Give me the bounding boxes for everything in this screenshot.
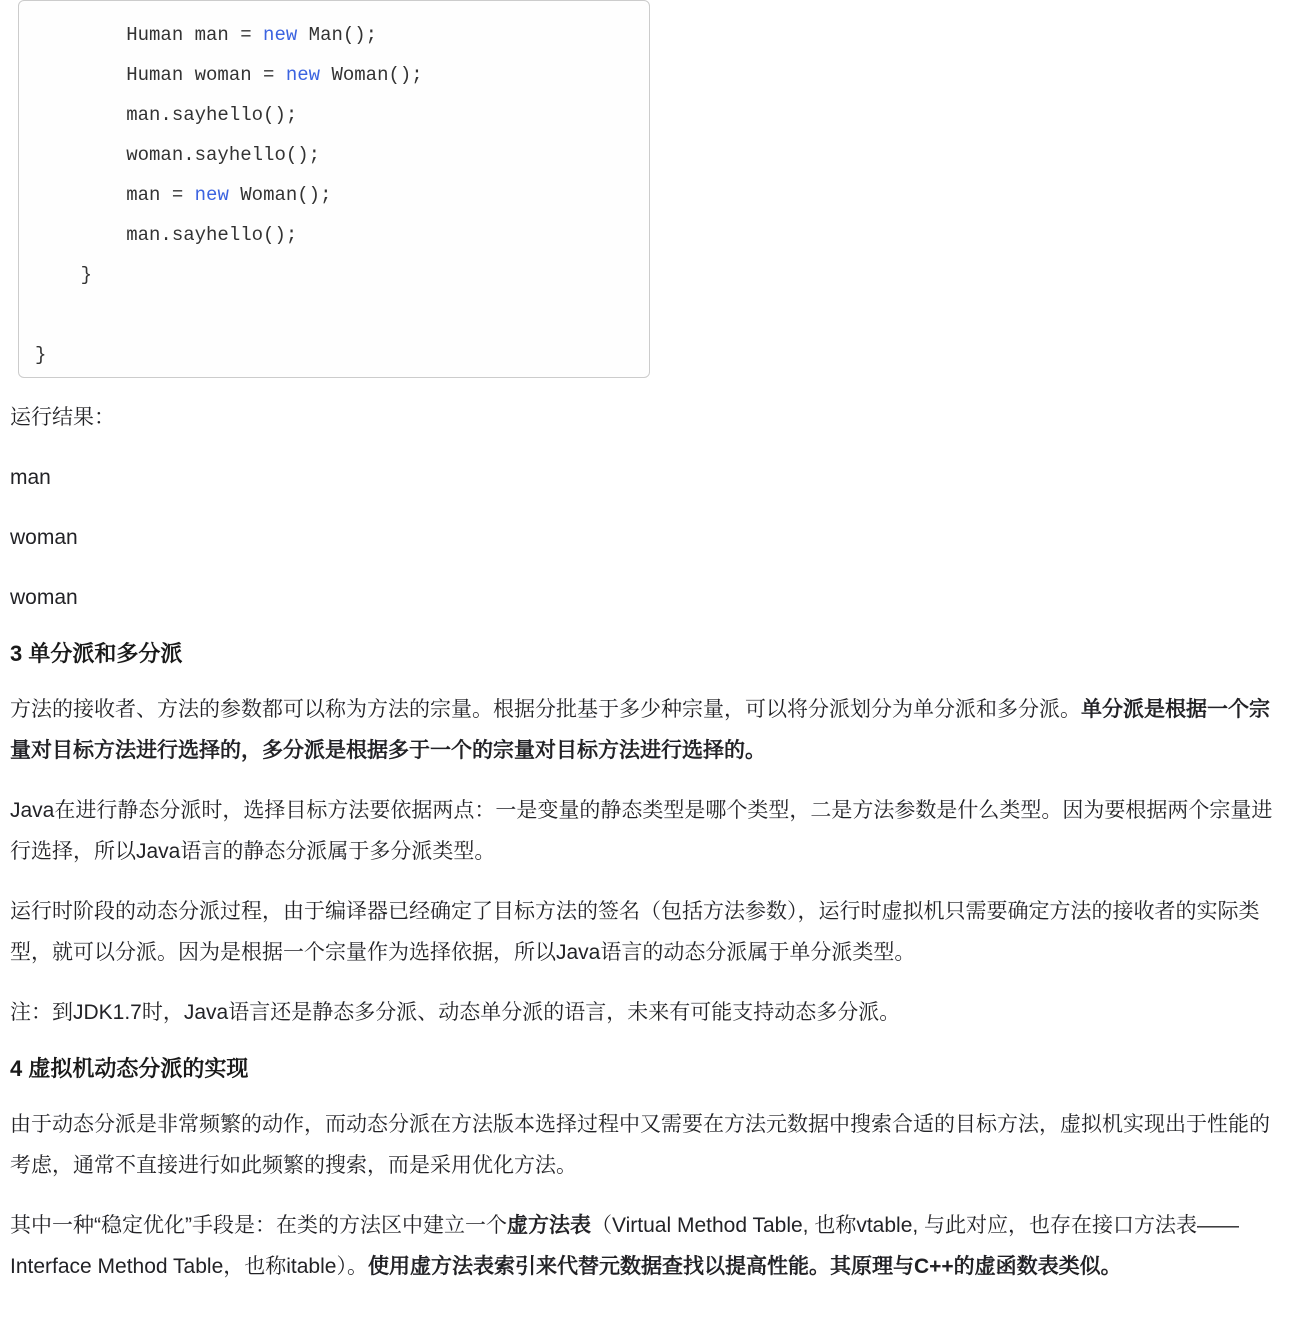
code-line: woman.sayhello(); [35, 135, 633, 175]
java-code-block: Human man = new Man(); Human woman = new… [18, 0, 650, 378]
code-line: Human man = new Man(); [35, 15, 633, 55]
paragraph: 运行时阶段的动态分派过程，由于编译器已经确定了目标方法的签名（包括方法参数），运… [10, 891, 1288, 973]
text: woman [10, 526, 78, 549]
code-line: man.sayhello(); [35, 95, 633, 135]
paragraph: 其中一种“稳定优化”手段是：在类的方法区中建立一个虚方法表（Virtual Me… [10, 1205, 1288, 1287]
code-text: man.sayhello(); [35, 104, 297, 126]
paragraph: 由于动态分派是非常频繁的动作，而动态分派在方法版本选择过程中又需要在方法元数据中… [10, 1104, 1288, 1186]
code-text: Woman(); [320, 64, 423, 86]
code-text: woman.sayhello(); [35, 144, 320, 166]
keyword-token: new [263, 24, 297, 46]
article-body: 运行结果：manwomanwoman3 单分派和多分派方法的接收者、方法的参数都… [10, 397, 1288, 1287]
text: 注：到JDK1.7时，Java语言还是静态多分派、动态单分派的语言，未来有可能支… [10, 1001, 900, 1024]
code-line: } [35, 335, 633, 375]
text: 由于动态分派是非常频繁的动作，而动态分派在方法版本选择过程中又需要在方法元数据中… [10, 1113, 1270, 1177]
keyword-token: new [195, 184, 229, 206]
article-page: Human man = new Man(); Human woman = new… [0, 0, 1298, 1287]
code-text: man.sayhello(); [35, 224, 297, 246]
result-label: 运行结果： [10, 397, 1288, 438]
keyword-token: new [286, 64, 320, 86]
result-line: man [10, 457, 1288, 498]
text: woman [10, 586, 78, 609]
code-text: Human man = [35, 24, 263, 46]
bold-text: 使用虚方法表索引来代替元数据查找以提高性能。其原理与C++的虚函数表类似。 [368, 1255, 1122, 1278]
section-heading: 3 单分派和多分派 [10, 637, 1288, 670]
text: 方法的接收者、方法的参数都可以称为方法的宗量。根据分批基于多少种宗量，可以将分派… [10, 698, 1081, 721]
code-text: Human woman = [35, 64, 286, 86]
code-line: } [35, 255, 633, 295]
text: 其中一种“稳定优化”手段是：在类的方法区中建立一个 [10, 1214, 507, 1237]
paragraph: 方法的接收者、方法的参数都可以称为方法的宗量。根据分批基于多少种宗量，可以将分派… [10, 689, 1288, 771]
code-line: Human woman = new Woman(); [35, 55, 633, 95]
code-text: } [35, 264, 92, 286]
result-line: woman [10, 517, 1288, 558]
code-text: Man(); [297, 24, 377, 46]
code-text: Woman(); [229, 184, 332, 206]
code-line: man.sayhello(); [35, 215, 633, 255]
section-heading: 4 虚拟机动态分派的实现 [10, 1052, 1288, 1085]
result-line: woman [10, 577, 1288, 618]
code-text: } [35, 344, 46, 366]
code-line [35, 295, 633, 335]
bold-text: 虚方法表 [507, 1214, 591, 1237]
paragraph: Java在进行静态分派时，选择目标方法要依据两点：一是变量的静态类型是哪个类型，… [10, 790, 1288, 872]
text: 运行结果： [10, 406, 115, 429]
code-line: man = new Woman(); [35, 175, 633, 215]
paragraph: 注：到JDK1.7时，Java语言还是静态多分派、动态单分派的语言，未来有可能支… [10, 992, 1288, 1033]
text: Java在进行静态分派时，选择目标方法要依据两点：一是变量的静态类型是哪个类型，… [10, 799, 1272, 863]
text: man [10, 466, 51, 489]
text: 运行时阶段的动态分派过程，由于编译器已经确定了目标方法的签名（包括方法参数），运… [10, 900, 1260, 964]
code-text: man = [35, 184, 195, 206]
